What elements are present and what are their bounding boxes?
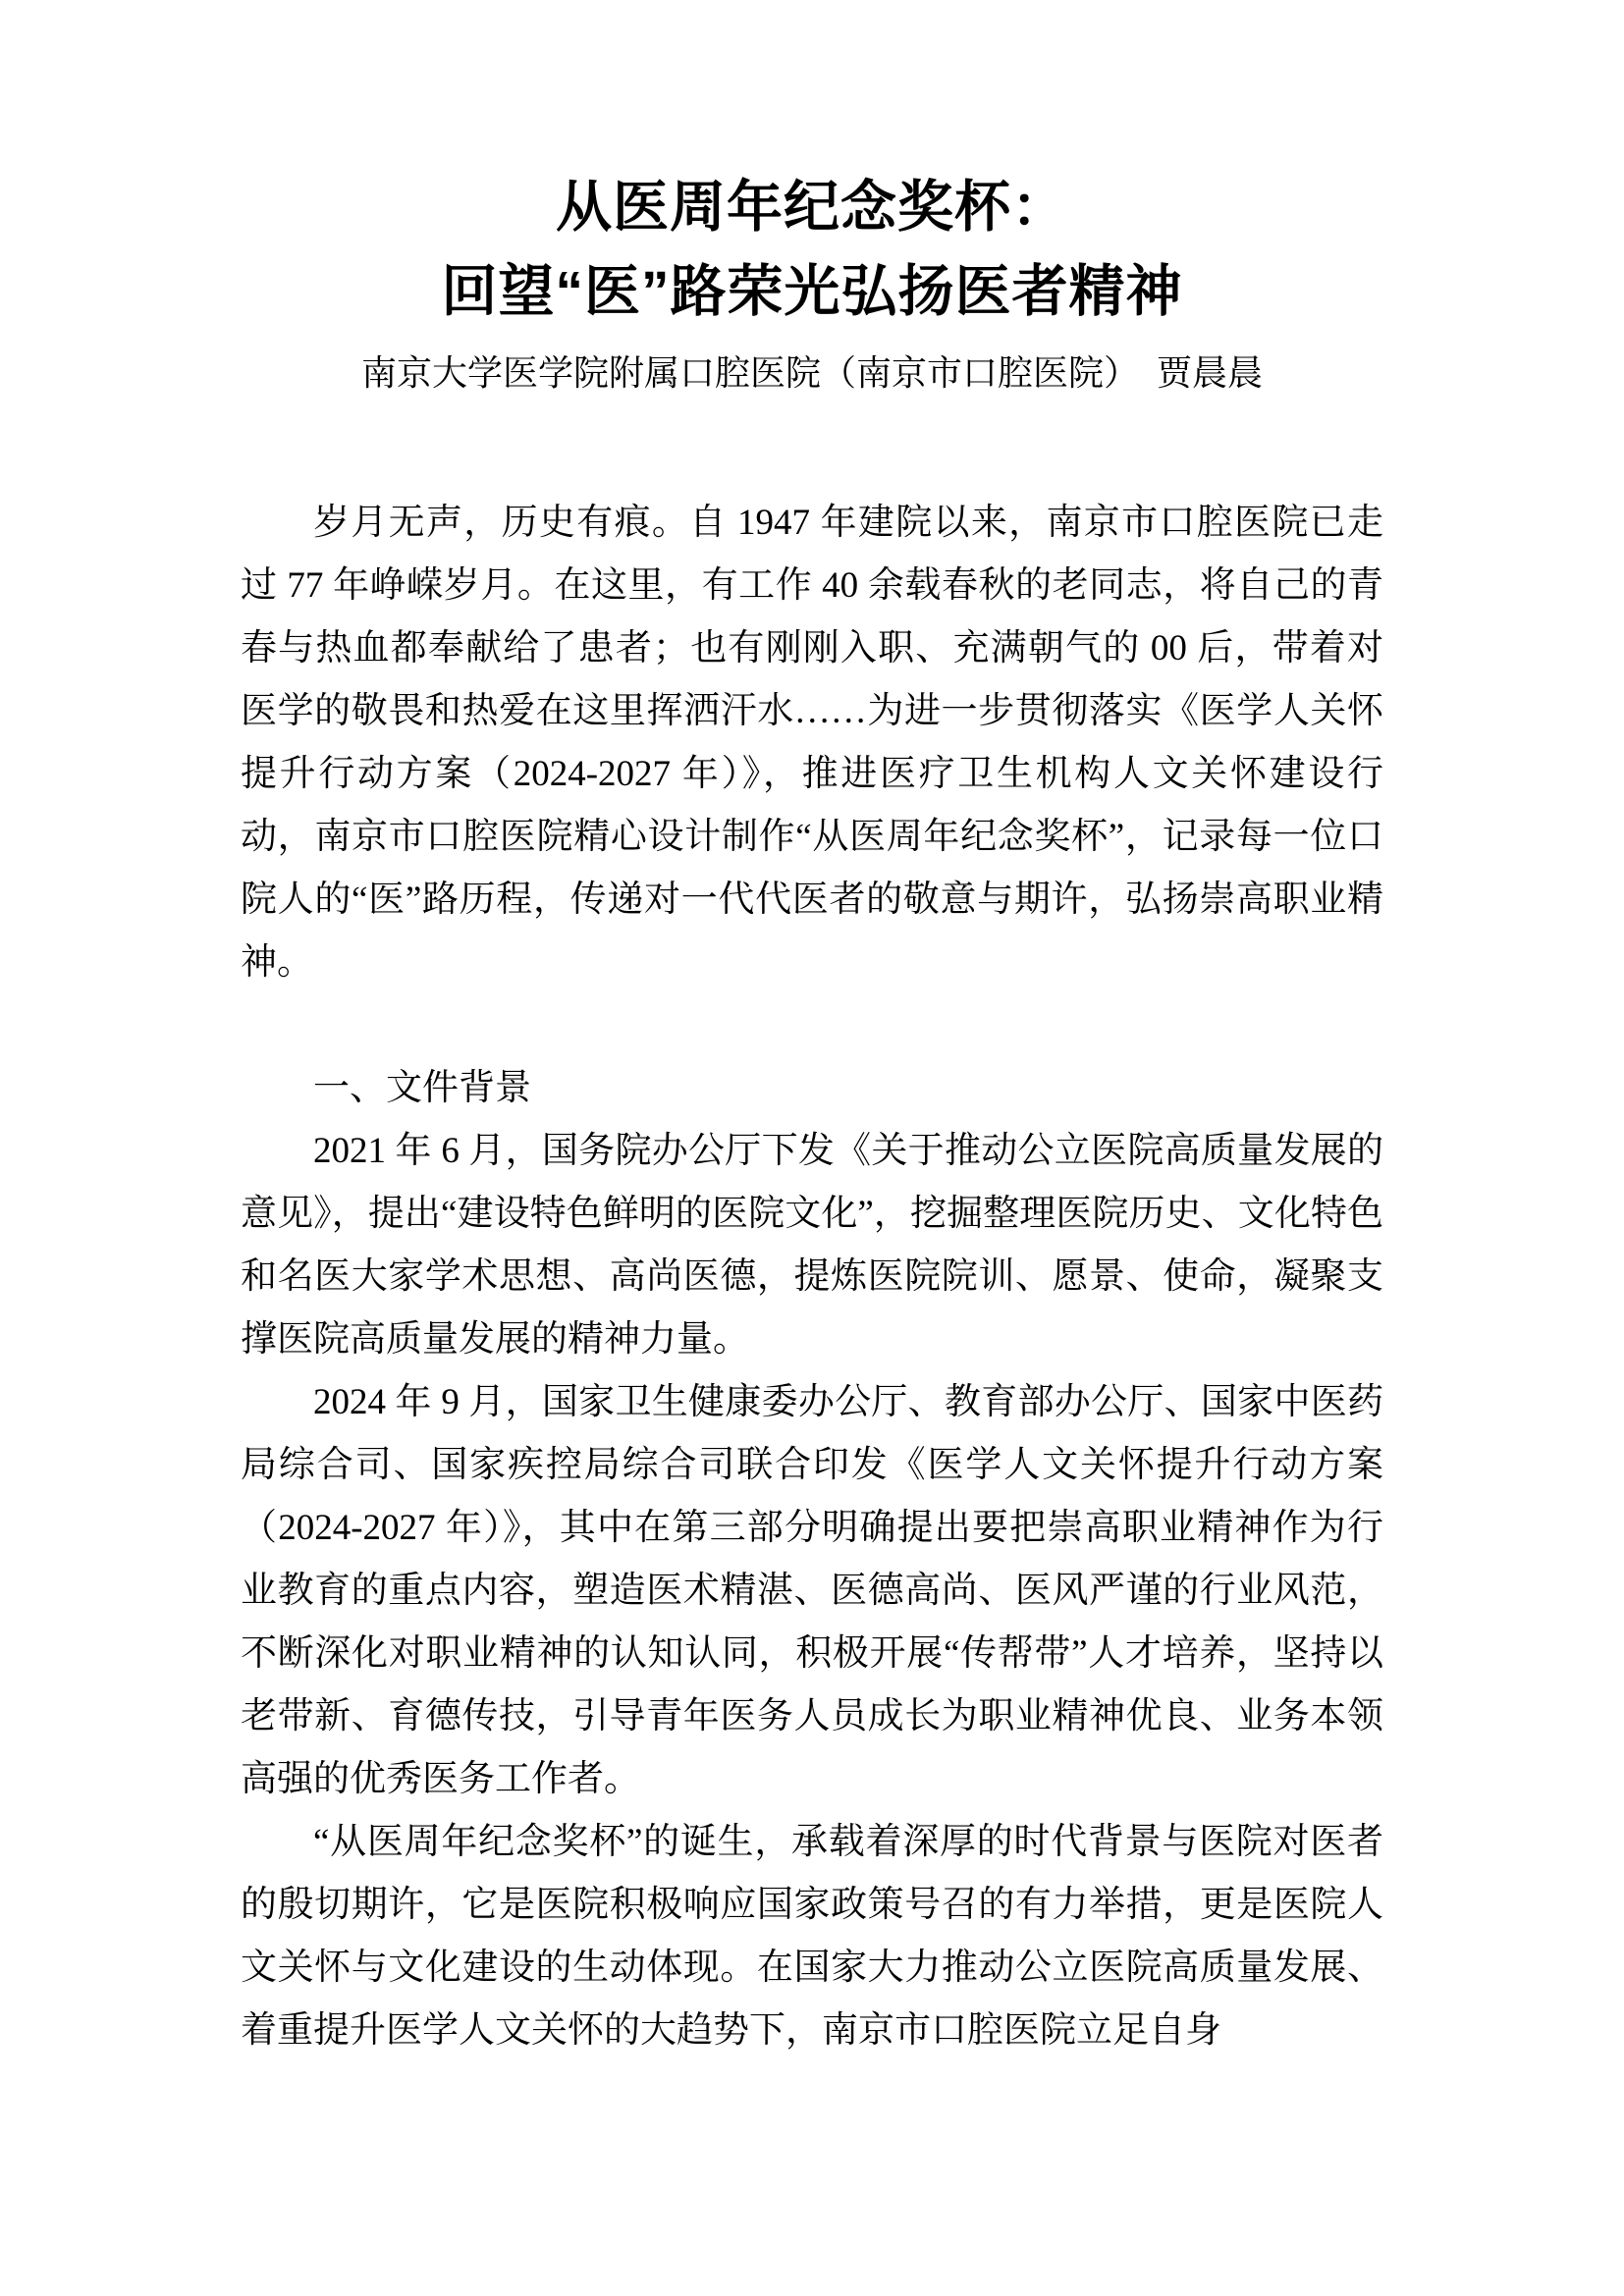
document-title: 从医周年纪念奖杯： 回望“医”路荣光弘扬医者精神 <box>118 165 1506 334</box>
intro-paragraph: 岁月无声，历史有痕。自 1947 年建院以来，南京市口腔医院已走过 77 年峥嵘… <box>241 492 1383 994</box>
document-body: 岁月无声，历史有痕。自 1947 年建院以来，南京市口腔医院已走过 77 年峥嵘… <box>241 492 1383 2062</box>
document-page: 从医周年纪念奖杯： 回望“医”路荣光弘扬医者精神 南京大学医学院附属口腔医院（南… <box>0 0 1624 2296</box>
title-line-2: 回望“医”路荣光弘扬医者精神 <box>118 249 1506 334</box>
title-line-1: 从医周年纪念奖杯： <box>118 165 1506 249</box>
section-paragraph-1: 2021 年 6 月，国务院办公厅下发《关于推动公立医院高质量发展的意见》，提出… <box>241 1120 1383 1371</box>
section-heading: 一、文件背景 <box>241 1057 1383 1120</box>
section-paragraph-3: “从医周年纪念奖杯”的诞生，承载着深厚的时代背景与医院对医者的殷切期许，它是医院… <box>241 1811 1383 2062</box>
section-paragraph-2: 2024 年 9 月，国家卫生健康委办公厅、教育部办公厅、国家中医药局综合司、国… <box>241 1371 1383 1811</box>
byline: 南京大学医学院附属口腔医院（南京市口腔医院） 贾晨晨 <box>118 347 1506 399</box>
